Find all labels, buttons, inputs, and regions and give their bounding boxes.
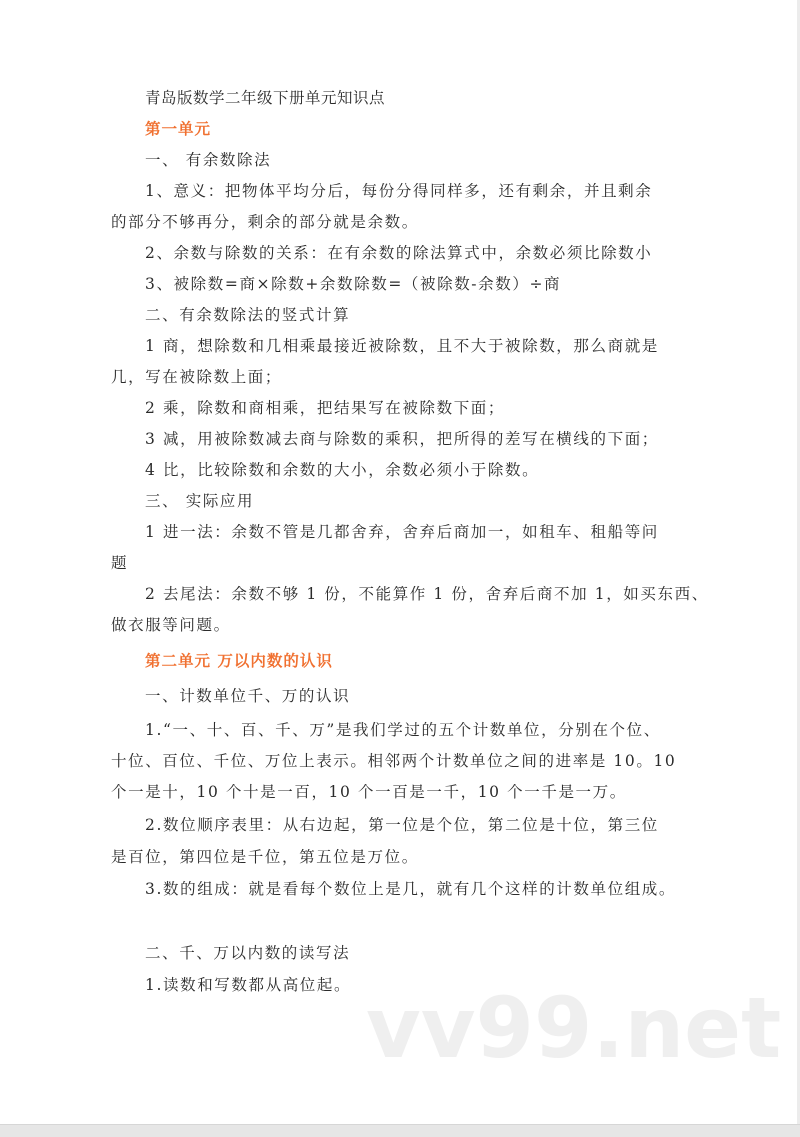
paragraph-line: 3.数的组成：就是看每个数位上是几，就有几个这样的计数单位组成。	[145, 879, 696, 899]
paragraph-line: 个一是十，10 个十是一百，10 个一百是一千，10 个一千是一万。	[111, 782, 696, 802]
paragraph-line: 1 商，想除数和几相乘最接近被除数，且不大于被除数，那么商就是	[145, 336, 696, 356]
unit-2-heading: 第二单元 万以内数的认识	[145, 651, 696, 671]
paragraph-line: 4 比，比较除数和余数的大小，余数必须小于除数。	[145, 460, 696, 480]
paragraph-line: 2.数位顺序表里：从右边起，第一位是个位，第二位是十位，第三位	[145, 815, 696, 835]
paragraph-line: 几，写在被除数上面；	[111, 367, 696, 387]
paragraph-line: 做衣服等问题。	[111, 615, 696, 635]
paragraph-line: 2、余数与除数的关系：在有余数的除法算式中，余数必须比除数小	[145, 243, 696, 263]
unit-2-section-2-heading: 二、千、万以内数的读写法	[145, 943, 696, 963]
paragraph-line: 是百位，第四位是千位，第五位是万位。	[111, 847, 696, 867]
watermark: vv99.net	[366, 986, 781, 1070]
paragraph-line: 2 乘，除数和商相乘，把结果写在被除数下面；	[145, 398, 696, 418]
paragraph-line: 十位、百位、千位、万位上表示。相邻两个计数单位之间的进率是 10。10	[111, 751, 696, 771]
unit-1-section-1-heading: 一、 有余数除法	[145, 150, 696, 170]
unit-1-section-2-heading: 二、有余数除法的竖式计算	[145, 305, 696, 325]
unit-1-section-3-heading: 三、 实际应用	[145, 491, 696, 511]
paragraph-line: 1 进一法：余数不管是几都舍弃，舍弃后商加一，如租车、租船等问	[145, 522, 696, 542]
unit-2-section-1-heading: 一、计数单位千、万的认识	[145, 686, 696, 706]
paragraph-line: 3 减，用被除数减去商与除数的乘积，把所得的差写在横线的下面；	[145, 429, 696, 449]
paragraph-line: 2 去尾法：余数不够 1 份，不能算作 1 份，舍弃后商不加 1，如买东西、	[145, 584, 696, 604]
document-title: 青岛版数学二年级下册单元知识点	[145, 88, 696, 108]
paragraph-line: 3、被除数=商×除数+余数除数=（被除数-余数）÷商	[145, 274, 696, 294]
paragraph-line: 1.“一、十、百、千、万”是我们学过的五个计数单位，分别在个位、	[145, 720, 696, 740]
page-bottom-edge	[0, 1124, 800, 1137]
paragraph-line: 的部分不够再分，剩余的部分就是余数。	[111, 212, 696, 232]
paragraph-line: 1、意义：把物体平均分后，每份分得同样多，还有剩余，并且剩余	[145, 181, 696, 201]
document-page: 青岛版数学二年级下册单元知识点 第一单元 一、 有余数除法 1、意义：把物体平均…	[0, 0, 798, 1125]
unit-1-heading: 第一单元	[145, 119, 696, 139]
paragraph-line: 题	[111, 553, 696, 573]
